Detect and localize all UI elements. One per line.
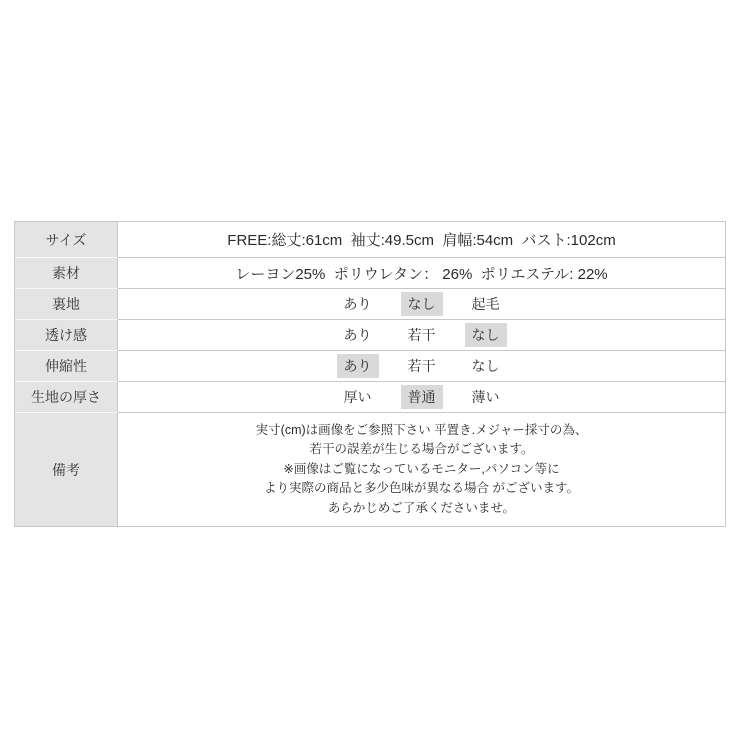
row-label-sheerness: 透け感: [15, 320, 118, 351]
row-label-stretch: 伸縮性: [15, 351, 118, 382]
lining-option: 起毛: [465, 292, 507, 316]
spec-row-size: サイズ FREE:総丈:61cm 袖丈:49.5cm 肩幅:54cm バスト:1…: [15, 222, 725, 258]
stretch-option: 若干: [401, 354, 443, 378]
sheerness-option: なし: [465, 323, 507, 347]
remarks-line: より実際の商品と多少色味が異なる場合 がございます。: [264, 479, 579, 499]
stretch-option: あり: [337, 354, 379, 378]
lining-option: あり: [337, 292, 379, 316]
size-value: FREE:総丈:61cm 袖丈:49.5cm 肩幅:54cm バスト:102cm: [118, 222, 725, 258]
row-label-material: 素材: [15, 258, 118, 289]
sheerness-option: 若干: [401, 323, 443, 347]
thickness-option: 厚い: [337, 385, 379, 409]
spec-row-thickness: 生地の厚さ 厚い 普通 薄い: [15, 382, 725, 413]
remarks-line: 実寸(cm)は画像をご参照下さい 平置き.メジャー採寸の為、: [256, 421, 588, 441]
thickness-option: 薄い: [465, 385, 507, 409]
stretch-option: なし: [465, 354, 507, 378]
remarks-line: ※画像はご覧になっているモニター,パソコン等に: [283, 460, 559, 480]
spec-row-lining: 裏地 あり なし 起毛: [15, 289, 725, 320]
spec-row-sheerness: 透け感 あり 若干 なし: [15, 320, 725, 351]
spec-table: サイズ FREE:総丈:61cm 袖丈:49.5cm 肩幅:54cm バスト:1…: [14, 221, 726, 527]
sheerness-option: あり: [337, 323, 379, 347]
sheerness-options: あり 若干 なし: [118, 320, 725, 351]
remarks-text: 実寸(cm)は画像をご参照下さい 平置き.メジャー採寸の為、 若干の誤差が生じる…: [118, 413, 725, 526]
product-spec-page: サイズ FREE:総丈:61cm 袖丈:49.5cm 肩幅:54cm バスト:1…: [0, 0, 740, 740]
material-value: レーヨン25% ポリウレタン： 26% ポリエステル: 22%: [118, 258, 725, 289]
spec-row-material: 素材 レーヨン25% ポリウレタン： 26% ポリエステル: 22%: [15, 258, 725, 289]
stretch-options: あり 若干 なし: [118, 351, 725, 382]
row-label-size: サイズ: [15, 222, 118, 258]
lining-options: あり なし 起毛: [118, 289, 725, 320]
spec-row-remarks: 備考 実寸(cm)は画像をご参照下さい 平置き.メジャー採寸の為、 若干の誤差が…: [15, 413, 725, 526]
thickness-option: 普通: [401, 385, 443, 409]
lining-option: なし: [401, 292, 443, 316]
row-label-thickness: 生地の厚さ: [15, 382, 118, 413]
row-label-lining: 裏地: [15, 289, 118, 320]
remarks-line: あらかじめご了承くださいませ。: [328, 499, 515, 519]
remarks-line: 若干の誤差が生じる場合がございます。: [309, 440, 533, 460]
spec-row-stretch: 伸縮性 あり 若干 なし: [15, 351, 725, 382]
row-label-remarks: 備考: [15, 413, 118, 526]
thickness-options: 厚い 普通 薄い: [118, 382, 725, 413]
